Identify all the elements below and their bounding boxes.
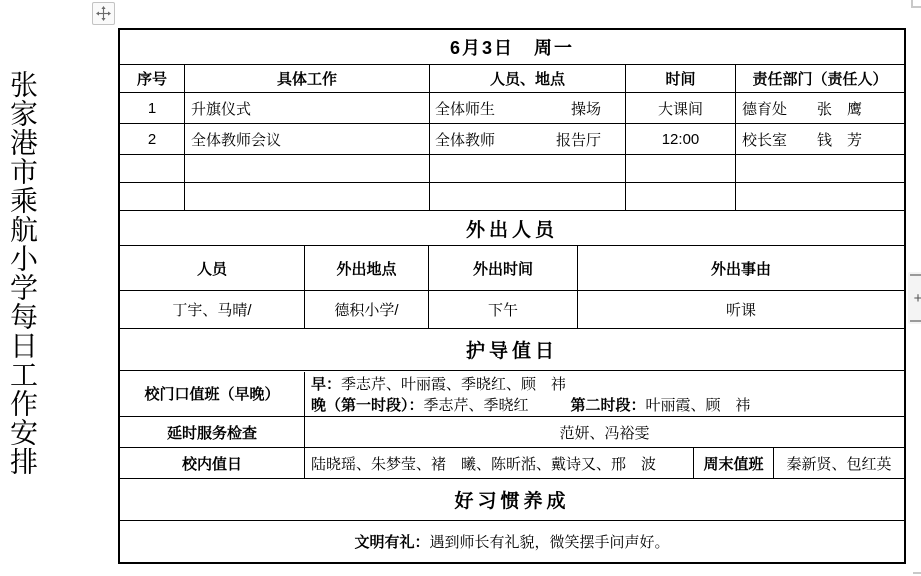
campus-duty-row: 校内值日 陆晓瑶、朱梦莹、褚 曦、陈昕湉、戴诗又、邢 波 周末值班 秦新贤、包红… [120,447,904,478]
habit-section-title[interactable]: 好习惯养成 [120,479,904,520]
insert-control[interactable]: + [908,272,921,324]
outing-header-place[interactable]: 外出地点 [304,246,428,290]
gate-duty-label[interactable]: 校门口值班（早晚） [120,371,304,416]
outing-header-time[interactable]: 外出时间 [428,246,577,290]
header-time[interactable]: 时间 [625,65,735,92]
schedule-header-row: 序号 具体工作 人员、地点 时间 责任部门（责任人） [120,64,904,92]
outing-reason[interactable]: 听课 [577,291,904,328]
plus-icon: + [914,291,921,306]
cell-time[interactable]: 12:00 [625,124,735,154]
cell-work[interactable]: 全体教师会议 [184,124,429,154]
duty-section-title-row: 护导值日 [120,328,904,370]
date-title[interactable]: 6月3日 周一 [120,30,904,64]
cell-person: 全体教师 [435,129,495,150]
cell-person-place[interactable]: 全体师生 操场 [429,93,625,123]
gate-evening-prefix: 晚（第一时段）： [311,397,424,414]
cell-dept[interactable] [735,155,904,182]
cell-work[interactable]: 升旗仪式 [184,93,429,123]
gate-morning-prefix: 早： [311,376,341,393]
campus-duty-label[interactable]: 校内值日 [120,448,304,478]
outing-time[interactable]: 下午 [428,291,577,328]
table-row: 1 升旗仪式 全体师生 操场 大课间 德育处 张 鹰 [120,92,904,123]
duty-section-title[interactable]: 护导值日 [120,329,904,370]
gate-second-period-prefix: 第二时段： [571,397,646,414]
gate-duty-row: 校门口值班（早晚） 早：季志芹、叶丽霞、季晓红、顾 祎 晚（第一时段）：季志芹、… [120,370,904,416]
daily-schedule-table: 6月3日 周一 序号 具体工作 人员、地点 时间 责任部门（责任人） 1 升旗仪… [118,28,906,564]
outing-section-title-row: 外出人员 [120,210,904,245]
cell-work[interactable] [184,155,429,182]
habit-text: 遇到师长有礼貌，微笑摆手问声好。 [430,531,670,552]
campus-duty-names[interactable]: 陆晓瑶、朱梦莹、褚 曦、陈昕湉、戴诗又、邢 波 [304,448,693,478]
header-person-place[interactable]: 人员、地点 [429,65,625,92]
cell-place: 报告厅 [556,129,601,150]
outing-header-reason[interactable]: 外出事由 [577,246,904,290]
habit-content-row: 文明有礼：遇到师长有礼貌，微笑摆手问声好。 [120,520,904,562]
cell-person-place[interactable] [429,183,625,210]
habit-content[interactable]: 文明有礼：遇到师长有礼貌，微笑摆手问声好。 [120,521,904,562]
cell-dept[interactable]: 德育处 张 鹰 [735,93,904,123]
insert-control-bottom-bar [910,320,921,322]
insert-control-top-bar [910,274,921,276]
cell-time[interactable]: 大课间 [625,93,735,123]
cell-dept[interactable] [735,183,904,210]
table-row [120,154,904,182]
gate-duty-line2: 晚（第一时段）：季志芹、季晓红第二时段：叶丽霞、顾 祎 [311,395,900,416]
cell-place: 操场 [571,98,601,119]
outing-person[interactable]: 丁宇、马晴/ [120,291,304,328]
gate-morning-names: 季志芹、叶丽霞、季晓红、顾 祎 [341,376,566,393]
cell-no[interactable] [120,183,184,210]
cell-no[interactable]: 2 [120,124,184,154]
outing-header-row: 人员 外出地点 外出时间 外出事由 [120,245,904,290]
table-row: 2 全体教师会议 全体教师 报告厅 12:00 校长室 钱 芳 [120,123,904,154]
date-title-row: 6月3日 周一 [120,30,904,64]
header-no[interactable]: 序号 [120,65,184,92]
cell-dept[interactable]: 校长室 钱 芳 [735,124,904,154]
gate-second-period-names: 叶丽霞、顾 祎 [646,397,751,414]
header-work[interactable]: 具体工作 [184,65,429,92]
habit-prefix: 文明有礼： [354,531,429,552]
gate-evening-names: 季志芹、季晓红 [424,397,529,414]
table-move-handle[interactable] [92,2,115,25]
cell-time[interactable] [625,155,735,182]
delay-check-label[interactable]: 延时服务检查 [120,417,304,447]
cell-work[interactable] [184,183,429,210]
cell-time[interactable] [625,183,735,210]
outing-data-row: 丁宇、马晴/ 德积小学/ 下午 听课 [120,290,904,328]
weekend-duty-names[interactable]: 秦新贤、包红英 [773,448,904,478]
cell-person-place[interactable]: 全体教师 报告厅 [429,124,625,154]
cell-no[interactable]: 1 [120,93,184,123]
move-arrows-icon [96,6,111,21]
scrollbar-fragment-bottom [913,572,921,576]
weekend-duty-label[interactable]: 周末值班 [693,448,773,478]
delay-check-row: 延时服务检查 范妍、冯裕雯 [120,416,904,447]
habit-section-title-row: 好习惯养成 [120,478,904,520]
delay-check-names[interactable]: 范妍、冯裕雯 [304,417,904,447]
gate-duty-content[interactable]: 早：季志芹、叶丽霞、季晓红、顾 祎 晚（第一时段）：季志芹、季晓红第二时段：叶丽… [304,372,904,416]
scrollbar-fragment-top [911,0,921,8]
outing-section-title[interactable]: 外出人员 [120,211,904,245]
header-dept[interactable]: 责任部门（责任人） [735,65,904,92]
outing-place[interactable]: 德积小学/ [304,291,428,328]
document-side-title[interactable]: 张家港市乘航小学每日工作安排 [6,70,38,500]
cell-no[interactable] [120,155,184,182]
table-row [120,182,904,210]
cell-person-place[interactable] [429,155,625,182]
outing-header-person[interactable]: 人员 [120,246,304,290]
gate-duty-line1: 早：季志芹、叶丽霞、季晓红、顾 祎 [311,374,900,395]
cell-person: 全体师生 [435,98,495,119]
